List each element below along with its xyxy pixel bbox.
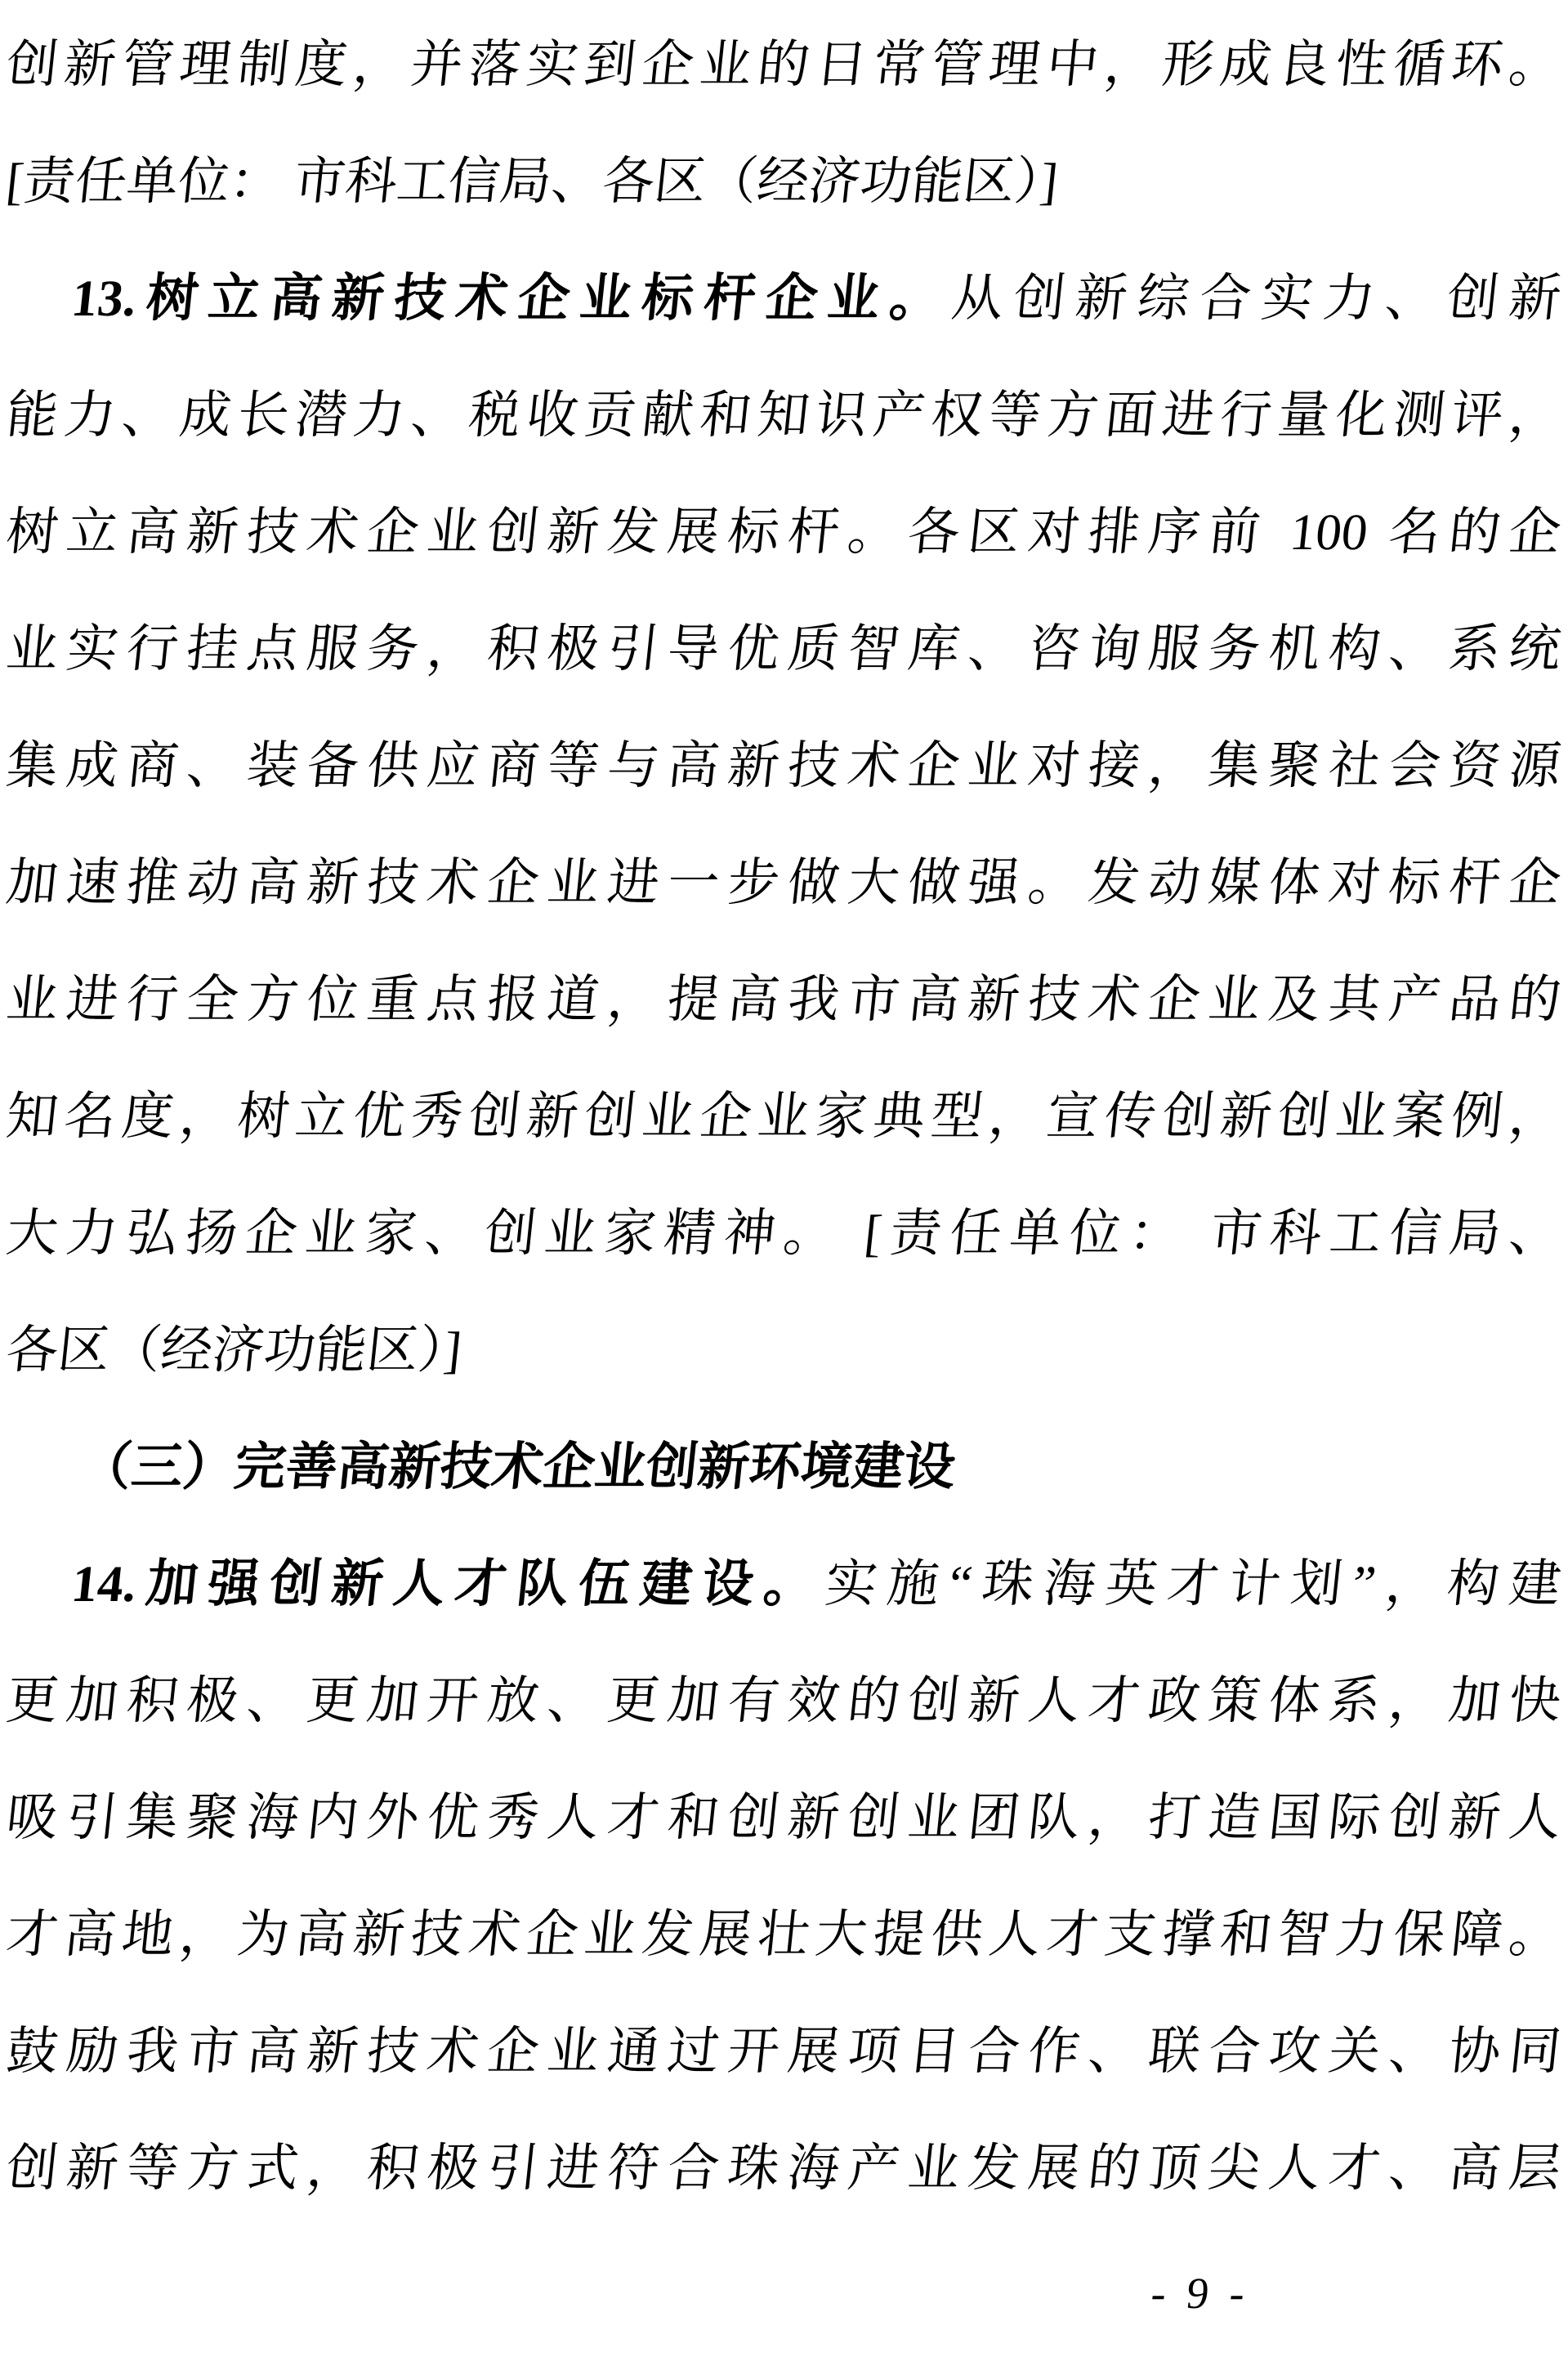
text-segment: 实施“珠海英才计划”，构建 — [823, 1555, 1564, 1612]
text-line: 创新等方式，积极引进符合珠海产业发展的顶尖人才、高层 — [0, 2110, 1566, 2227]
text-segment: 树立高新技术企业创新发展标杆。各区对排序前 100 名的企 — [3, 503, 1563, 561]
text-segment: 能力、成长潜力、税收贡献和知识产权等方面进行量化测评， — [3, 387, 1563, 444]
text-segment: 加速推动高新技术企业进一步做大做强。发动媒体对标杆企 — [3, 854, 1563, 911]
text-segment-bold: （三）完善高新技术企业创新环境建设 — [77, 1438, 958, 1496]
text-segment-bold: 13.树立高新技术企业标杆企业。 — [69, 270, 954, 327]
text-segment: 各区（经济功能区）] — [3, 1322, 464, 1379]
text-segment: 集成商、装备供应商等与高新技术企业对接，集聚社会资源 — [3, 737, 1563, 794]
text-segment: [责任单位： 市科工信局、各区（经济功能区）] — [3, 153, 1061, 210]
text-line: 大力弘扬企业家、创业家精神。 [责任单位： 市科工信局、 — [0, 1175, 1566, 1292]
text-line: 才高地，为高新技术企业发展壮大提供人才支撑和智力保障。 — [0, 1876, 1566, 1993]
text-segment: 创新等方式，积极引进符合珠海产业发展的顶尖人才、高层 — [3, 2140, 1563, 2197]
text-segment: 从创新综合实力、创新 — [949, 270, 1564, 327]
text-line: 吸引集聚海内外优秀人才和创新创业团队，打造国际创新人 — [0, 1760, 1566, 1876]
document-page: 创新管理制度，并落实到企业的日常管理中，形成良性循环。[责任单位： 市科工信局、… — [0, 0, 1568, 2366]
text-segment-bold: 14.加强创新人才队伍建设。 — [69, 1555, 829, 1612]
text-line: （三）完善高新技术企业创新环境建设 — [0, 1409, 1566, 1526]
text-line: 业进行全方位重点报道，提高我市高新技术企业及其产品的 — [0, 941, 1566, 1058]
text-line: 树立高新技术企业创新发展标杆。各区对排序前 100 名的企 — [0, 474, 1566, 591]
text-line: 能力、成长潜力、税收贡献和知识产权等方面进行量化测评， — [0, 357, 1566, 474]
text-segment: 大力弘扬企业家、创业家精神。 [责任单位： 市科工信局、 — [3, 1205, 1563, 1262]
text-line: 13.树立高新技术企业标杆企业。从创新综合实力、创新 — [0, 240, 1566, 357]
document-body: 创新管理制度，并落实到企业的日常管理中，形成良性循环。[责任单位： 市科工信局、… — [7, 7, 1561, 2227]
text-segment: 更加积极、更加开放、更加有效的创新人才政策体系，加快 — [3, 1672, 1563, 1729]
text-line: 鼓励我市高新技术企业通过开展项目合作、联合攻关、协同 — [0, 1993, 1566, 2110]
text-line: 知名度，树立优秀创新创业企业家典型，宣传创新创业案例， — [0, 1058, 1566, 1175]
text-line: 14.加强创新人才队伍建设。实施“珠海英才计划”，构建 — [0, 1526, 1566, 1643]
text-line: 更加积极、更加开放、更加有效的创新人才政策体系，加快 — [0, 1643, 1566, 1760]
text-segment: 鼓励我市高新技术企业通过开展项目合作、联合攻关、协同 — [3, 2023, 1563, 2080]
text-line: 集成商、装备供应商等与高新技术企业对接，集聚社会资源 — [0, 708, 1566, 825]
page-number: - 9 - — [1149, 2271, 1252, 2315]
text-line: [责任单位： 市科工信局、各区（经济功能区）] — [0, 123, 1566, 240]
text-segment: 业实行挂点服务，积极引导优质智库、咨询服务机构、系统 — [3, 620, 1563, 678]
text-segment: 才高地，为高新技术企业发展壮大提供人才支撑和智力保障。 — [3, 1906, 1563, 1963]
text-line: 加速推动高新技术企业进一步做大做强。发动媒体对标杆企 — [0, 825, 1566, 941]
text-segment: 业进行全方位重点报道，提高我市高新技术企业及其产品的 — [3, 971, 1563, 1028]
text-segment: 吸引集聚海内外优秀人才和创新创业团队，打造国际创新人 — [3, 1789, 1563, 1846]
text-line: 各区（经济功能区）] — [0, 1292, 1566, 1409]
text-segment: 创新管理制度，并落实到企业的日常管理中，形成良性循环。 — [3, 36, 1563, 93]
text-line: 创新管理制度，并落实到企业的日常管理中，形成良性循环。 — [0, 7, 1566, 123]
text-line: 业实行挂点服务，积极引导优质智库、咨询服务机构、系统 — [0, 591, 1566, 708]
text-segment: 知名度，树立优秀创新创业企业家典型，宣传创新创业案例， — [3, 1088, 1563, 1145]
